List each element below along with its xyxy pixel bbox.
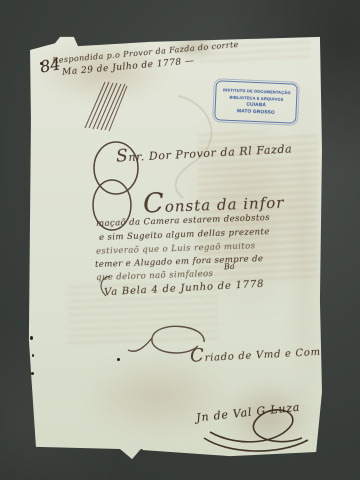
- signature-line: Jn de Val G Luza: [196, 401, 301, 425]
- edge-chip: [30, 336, 33, 340]
- margin-note: Ba: [224, 262, 235, 272]
- salutation-line: Snr. Dor Provor da Rl Fazda: [116, 137, 293, 166]
- ink-speck: [117, 358, 120, 361]
- document-paper: 84 Respondida p.o Provor da Fazda do cor…: [28, 36, 322, 460]
- paper-stain: [83, 356, 233, 436]
- archive-stamp-text: INSTITUTO DE DOCUMENTAÇÃO BIBLIOTECA E A…: [222, 87, 291, 116]
- archive-stamp: INSTITUTO DE DOCUMENTAÇÃO BIBLIOTECA E A…: [214, 80, 298, 124]
- body-line: maçaõ da Camera estarem desobstos: [96, 213, 270, 229]
- ink-hatch-marks: [85, 82, 127, 131]
- body-line: temer e Alugado em fora sempre de: [95, 254, 264, 270]
- closing-line: Criado de Vmd e Comra: [190, 338, 334, 366]
- photo-of-manuscript: { "photo": { "backdrop_color": "#3c413d"…: [0, 0, 360, 480]
- edge-chip: [32, 354, 34, 357]
- edge-chip: [31, 372, 34, 375]
- ink-speck: [40, 62, 43, 65]
- body-line: que deloro naõ simfaleos: [96, 269, 214, 283]
